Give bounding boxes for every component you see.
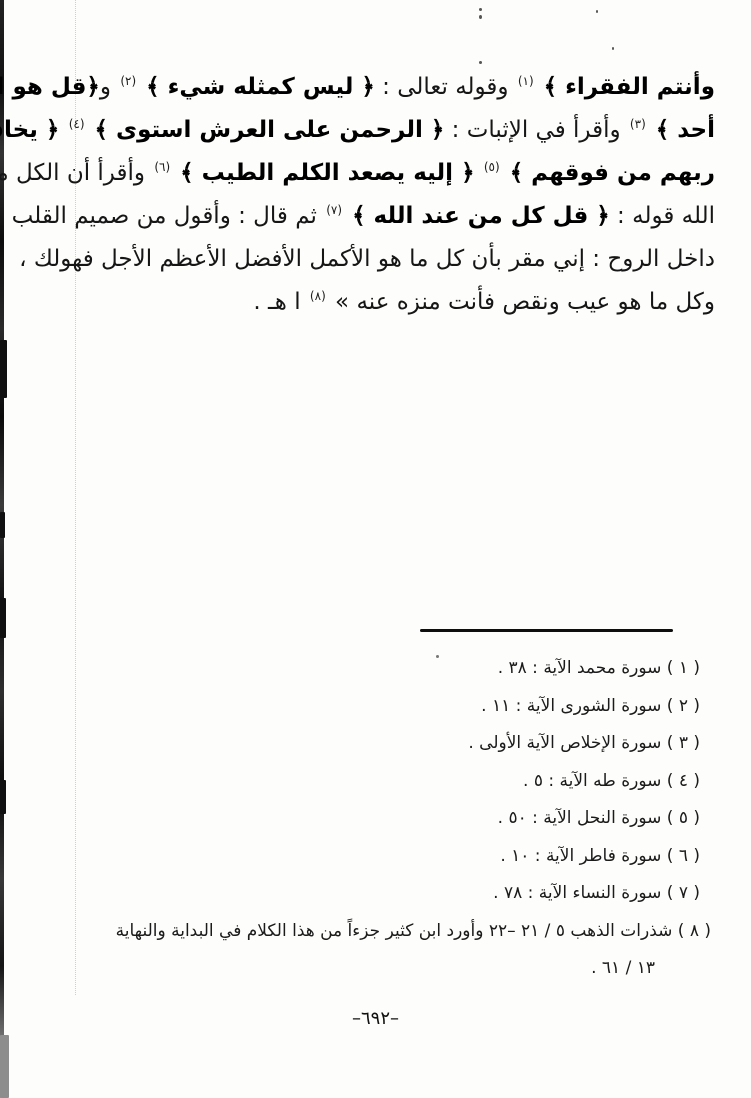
quran-quote: ﴿ إليه يصعد الكلم الطيب ﴾ — [172, 160, 474, 186]
quran-quote: ﴿ الرحمن على العرش استوى ﴾ — [87, 117, 445, 143]
body-text: الله قوله : — [610, 203, 715, 229]
scan-speck — [479, 8, 482, 11]
footnotes-block: ( ١ ) سورة محمد الآية : ٣٨ .( ٢ ) سورة ا… — [30, 650, 711, 988]
body-text: وكل ما هو عيب ونقص فأنت منزه عنه » — [328, 289, 715, 315]
footnote-ref: (٢) — [118, 74, 138, 88]
body-text: ا هـ . — [253, 289, 308, 315]
footnote-item: ( ٥ ) سورة النحل الآية : ٥٠ . — [30, 800, 711, 838]
main-text-block: وأنتم الفقراء ﴾ (١) وقوله تعالى : ﴿ ليس … — [42, 66, 715, 324]
text-line: أحد ﴾ (٣) وأقرأ في الإثبات : ﴿ الرحمن عل… — [42, 109, 715, 152]
footnote-continuation: ١٣ / ٦١ . — [30, 950, 711, 988]
quran-quote: ربهم من فوقهم ﴾ — [502, 160, 715, 186]
scan-artifact — [0, 780, 6, 814]
footnote-item: ( ٦ ) سورة فاطر الآية : ١٠ . — [30, 838, 711, 876]
body-text: وقوله تعالى : — [375, 74, 516, 100]
footnote-ref: (٣) — [628, 117, 648, 131]
quran-quote: أحد ﴾ — [648, 117, 715, 143]
quran-quote: ﴿قل هو الله — [0, 74, 100, 100]
footnote-ref: (٥) — [482, 160, 502, 174]
scan-speck — [612, 47, 614, 50]
footnote-item: ( ١ ) سورة محمد الآية : ٣٨ . — [30, 650, 711, 688]
scan-speck — [596, 10, 598, 13]
scan-speck — [479, 61, 482, 64]
footnote-separator — [420, 629, 673, 632]
footnote-ref: (٤) — [67, 117, 87, 131]
quran-quote: ﴿ ليس كمثله شيء ﴾ — [138, 74, 375, 100]
footnote-ref: (٧) — [324, 203, 344, 217]
scanned-book-page: { "page": { "number": "–٦٩٢–" }, "main_t… — [0, 0, 751, 1098]
text-line: وأنتم الفقراء ﴾ (١) وقوله تعالى : ﴿ ليس … — [42, 66, 715, 109]
page-number: –٦٩٢– — [0, 1008, 751, 1029]
text-line: ربهم من فوقهم ﴾ (٥) ﴿ إليه يصعد الكلم ال… — [42, 152, 715, 195]
footnote-item: ( ٤ ) سورة طه الآية : ٥ . — [30, 763, 711, 801]
footnote-item: ( ٨ ) شذرات الذهب ٥ / ٢١ –٢٢ وأورد ابن ك… — [30, 913, 711, 951]
quran-quote: ﴿ يخافون — [0, 117, 59, 143]
body-text — [59, 117, 66, 143]
body-text — [475, 160, 482, 186]
scan-artifact — [0, 512, 5, 538]
quran-quote: ﴿ قل كل من عند الله ﴾ — [344, 203, 610, 229]
scan-artifact — [0, 598, 6, 638]
quran-quote: وأنتم الفقراء ﴾ — [536, 74, 715, 100]
footnote-ref: (٦) — [152, 160, 172, 174]
body-text: وأقرأ في الإثبات : — [444, 117, 628, 143]
text-line: الله قوله : ﴿ قل كل من عند الله ﴾ (٧) ثم… — [42, 195, 715, 238]
body-text: داخل الروح : إني مقر بأن كل ما هو الأكمل… — [19, 246, 715, 272]
footnote-ref: (١) — [516, 74, 536, 88]
footnote-item: ( ٢ ) سورة الشورى الآية : ١١ . — [30, 688, 711, 726]
scan-speck — [479, 15, 482, 19]
body-text: ثم قال : وأقول من صميم القلب من — [0, 203, 324, 229]
text-line: وكل ما هو عيب ونقص فأنت منزه عنه » (٨) ا… — [42, 281, 715, 324]
body-text: وأقرأ أن الكل من — [0, 160, 152, 186]
footnote-ref: (٨) — [308, 289, 328, 303]
text-line: داخل الروح : إني مقر بأن كل ما هو الأكمل… — [42, 238, 715, 281]
scan-artifact — [0, 340, 7, 398]
footnote-item: ( ٧ ) سورة النساء الآية : ٧٨ . — [30, 875, 711, 913]
footnote-item: ( ٣ ) سورة الإخلاص الآية الأولى . — [30, 725, 711, 763]
body-text: و — [100, 74, 118, 100]
scan-artifact — [0, 1035, 9, 1098]
